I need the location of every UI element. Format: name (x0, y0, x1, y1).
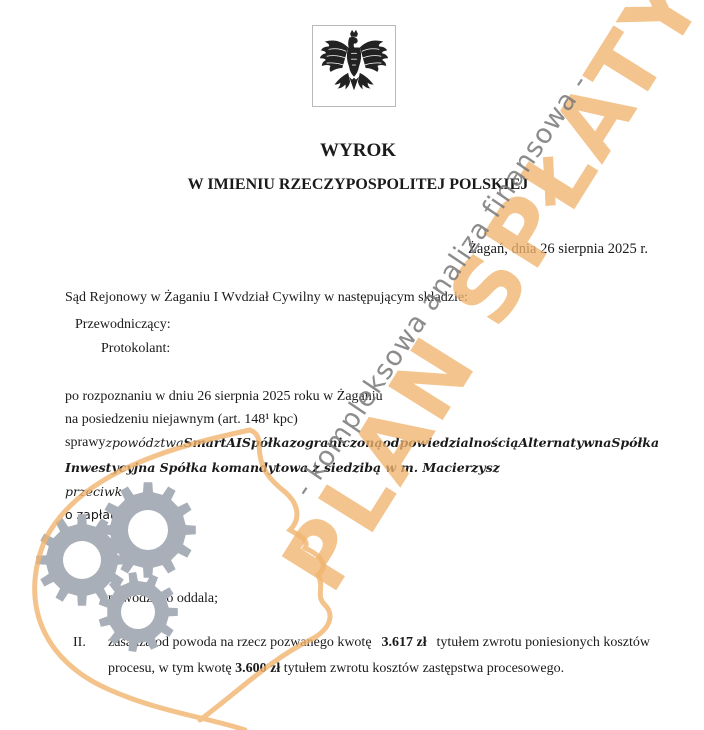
document-subtitle: W IMIENIU RZECZYPOSPOLITEJ POLSKIEJ (0, 176, 704, 194)
plaintiff-word: Alternatywna (518, 434, 611, 452)
plaintiff-word: Smart (184, 434, 227, 452)
plaintiff-word: AI (226, 434, 242, 452)
ruling-1-text: powództwo oddala; (108, 590, 218, 608)
plaintiff-word: ograniczoną (297, 434, 383, 452)
ruling-2-amount-2: 3.600 zł (235, 661, 280, 676)
plaintiff-line-2: Inwestycyjna Spółka komandytowa z siedzi… (65, 459, 500, 477)
ruling-2-line-2: procesu, w tym kwotę 3.600 zł tytułem zw… (108, 660, 564, 678)
ruling-2-line-1: zasądza od powoda na rzecz pozwanego kwo… (108, 634, 650, 652)
plaintiff-word: Spółka (242, 434, 290, 452)
polish-eagle-emblem-icon (312, 25, 396, 107)
clerk-label: Protokolant: (101, 340, 170, 358)
document-title: WYROK (0, 140, 704, 162)
case-prefix: sprawy (65, 434, 105, 452)
ruling-2-text-after: tytułem zwrotu poniesionych kosztów (437, 634, 650, 652)
against-label: przeciwko (65, 483, 130, 501)
court-composition: Sąd Rejonowy w Żaganiu I Wvdział Cywilny… (65, 289, 468, 307)
claim-label-word-1: z (105, 434, 112, 452)
recognition-line: po rozpoznaniu w dniu 26 sierpnia 2025 r… (65, 388, 383, 406)
ruling-2-text2-after: tytułem zwrotu kosztów zastępstwa proces… (280, 661, 564, 676)
case-parties-line: sprawy z powództwa Smart AI Spółka z ogr… (65, 434, 643, 452)
ruling-2-text-before: zasądza od powoda na rzecz pozwanego kwo… (108, 634, 372, 652)
plaintiff-word: z (290, 434, 297, 452)
case-subject: o zapłatę (65, 506, 123, 524)
court-judgment-page: WYROK W IMIENIU RZECZYPOSPOLITEJ POLSKIE… (0, 0, 704, 730)
ruling-1-number: I. (77, 590, 85, 608)
ruling-2-text2-before: procesu, w tym kwotę (108, 661, 232, 676)
place-and-date: Żagań, dnia 26 sierpnia 2025 r. (468, 240, 648, 258)
claim-label-word-2: powództwa (112, 434, 184, 452)
session-line: na posiedzeniu niejawnym (art. 148¹ kpc) (65, 411, 298, 429)
plaintiff-word: Spółka (611, 434, 659, 452)
chair-label: Przewodniczący: (75, 316, 171, 334)
plaintiff-word: odpowiedzialnością (382, 434, 518, 452)
ruling-2-amount-1: 3.617 zł (381, 634, 426, 652)
ruling-2-number: II. (73, 634, 86, 652)
watermark: PLAN SPŁATY - kompleksowa analiza finans… (0, 0, 704, 730)
